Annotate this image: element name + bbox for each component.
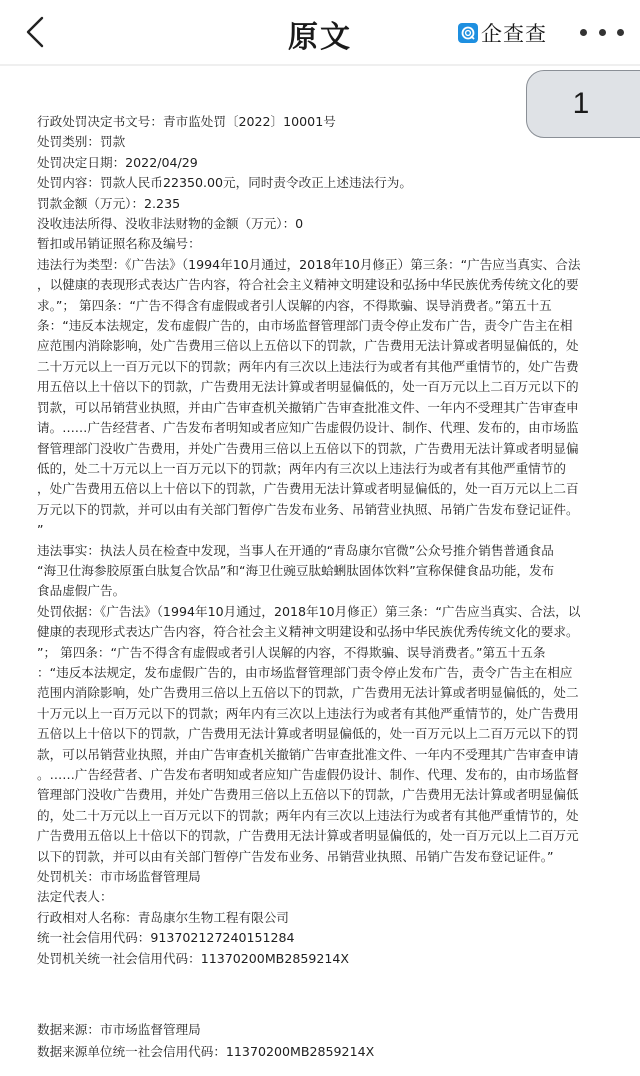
document-line: 处罚机关统一社会信用代码：11370200MB2859214X (37, 949, 607, 969)
document-line: 款，可以吊销营业执照，并由广告审查机关撤销广告审查批准文件、一年内不受理其广告审… (37, 745, 607, 765)
document-line: 暂扣或吊销证照名称及编号： (37, 234, 607, 254)
document-line: 低的，处二十万元以上一百万元以下的罚款；两年内有三次以上违法行为或者有其他严重情… (37, 459, 607, 479)
document-line: 十万元以上一百万元以下的罚款；两年内有三次以上违法行为或者有其他严重情节的，处广… (37, 704, 607, 724)
document-line: 行政相对人名称：青岛康尔生物工程有限公司 (37, 908, 607, 928)
document-line: 处罚机关：市市场监督管理局 (37, 867, 607, 887)
document-line: “海卫仕海参胶原蛋白肽复合饮品”和“海卫仕豌豆肽蛤蜊肽固体饮料”宣称保健食品功能… (37, 561, 607, 581)
document-line: 处罚决定日期：2022/04/29 (37, 153, 607, 173)
document-line: ：“违反本法规定，发布虚假广告的，由市场监督管理部门责令停止发布广告，责令广告主… (37, 663, 607, 683)
document-line: 没收违法所得、没收非法财物的金额（万元）：0 (37, 214, 607, 234)
document-line: 求。”； 第四条：“广告不得含有虚假或者引人误解的内容，不得欺骗、误导消费者。”… (37, 296, 607, 316)
data-source-footer: 数据来源：市市场监督管理局 数据来源单位统一社会信用代码：11370200MB2… (37, 1019, 597, 1063)
document-line: 条：“违反本法规定，发布虚假广告的，由市场监督管理部门责令停止发布广告，责令广告… (37, 316, 607, 336)
document-line: 处罚内容：罚款人民币22350.00元，同时责令改正上述违法行为。 (37, 173, 607, 193)
document-line: 违法行为类型：《广告法》（1994年10月通过，2018年10月修正）第三条：“… (37, 255, 607, 275)
document-line: ” (37, 520, 607, 540)
document-line: 的，处二十万元以上一百万元以下的罚款；两年内有三次以上违法行为或者有其他严重情节… (37, 806, 607, 826)
document-line: 用五倍以上十倍以下的罚款，广告费用无法计算或者明显偏低的，处一百万元以上二百万元… (37, 377, 607, 397)
document-line: 请。……广告经营者、广告发布者明知或者应知广告虚假仍设计、制作、代理、发布的，由… (37, 418, 607, 438)
document-line: ，以健康的表现形式表达广告内容，符合社会主义精神文明建设和弘扬中华民族优秀传统文… (37, 275, 607, 295)
data-source-credit-code: 数据来源单位统一社会信用代码：11370200MB2859214X (37, 1041, 597, 1063)
document-line: 应范围内消除影响，处广告费用三倍以上五倍以下的罚款，广告费用无法计算或者明显偏低… (37, 336, 607, 356)
document-line: 罚款，可以吊销营业执照，并由广告审查机关撤销广告审查批准文件、一年内不受理其广告… (37, 398, 607, 418)
document-line: 。……广告经营者、广告发布者明知或者应知广告虚假仍设计、制作、代理、发布的，由市… (37, 765, 607, 785)
more-button[interactable] (580, 26, 624, 38)
document-line: 以下的罚款，并可以由有关部门暂停广告发布业务、吊销营业执照、吊销广告发布登记证件… (37, 847, 607, 867)
data-source: 数据来源：市市场监督管理局 (37, 1019, 597, 1041)
document-line: ，处广告费用五倍以上十倍以下的罚款，广告费用无法计算或者明显偏低的，处一百万元以… (37, 479, 607, 499)
document-line: 处罚依据：《广告法》（1994年10月通过，2018年10月修正）第三条：“广告… (37, 602, 607, 622)
document-line: 广告费用五倍以上十倍以下的罚款，广告费用无法计算或者明显偏低的，处一百万元以上二… (37, 826, 607, 846)
document-line: 食品虚假广告。 (37, 581, 607, 601)
document-line: 违法事实：执法人员在检查中发现，当事人在开通的“青岛康尔官微”公众号推介销售普通… (37, 541, 607, 561)
document-line: 管理部门没收广告费用，并处广告费用三倍以上五倍以下的罚款，广告费用无法计算或者明… (37, 785, 607, 805)
qichacha-logo-icon (458, 23, 478, 43)
document-line: 万元以下的罚款，并可以由有关部门暂停广告发布业务、吊销营业执照、吊销广告发布登记… (37, 500, 607, 520)
document-line: 督管理部门没收广告费用，并处广告费用三倍以上五倍以下的罚款，广告费用无法计算或者… (37, 439, 607, 459)
document-line: 处罚类别：罚款 (37, 132, 607, 152)
more-horizontal-icon (617, 29, 624, 36)
brand-name: 企查查 (481, 18, 547, 48)
document-line: 范围内消除影响，处广告费用三倍以上五倍以下的罚款，广告费用无法计算或者明显偏低的… (37, 683, 607, 703)
document-line: 法定代表人： (37, 887, 607, 907)
brand: 企查查 (458, 21, 547, 45)
document-line: 健康的表现形式表达广告内容，符合社会主义精神文明建设和弘扬中华民族优秀传统文化的… (37, 622, 607, 642)
document-line: 二十万元以上一百万元以下的罚款；两年内有三次以上违法行为或者有其他严重情节的，处… (37, 357, 607, 377)
more-horizontal-icon (599, 29, 606, 36)
document-line: ”； 第四条：“广告不得含有虚假或者引人误解的内容，不得欺骗、误导消费者。”第五… (37, 643, 607, 663)
document-line: 五倍以上十倍以下的罚款，广告费用无法计算或者明显偏低的，处一百万元以上二百万元以… (37, 724, 607, 744)
nav-bar: 原文 企查查 (0, 0, 640, 66)
more-horizontal-icon (580, 29, 587, 36)
document-line: 统一社会信用代码：913702127240151284 (37, 928, 607, 948)
document-body: 行政处罚决定书文号：青市监处罚〔2022〕10001号处罚类别：罚款处罚决定日期… (37, 112, 607, 969)
document-line: 行政处罚决定书文号：青市监处罚〔2022〕10001号 (37, 112, 607, 132)
document-line: 罚款金额（万元）：2.235 (37, 194, 607, 214)
